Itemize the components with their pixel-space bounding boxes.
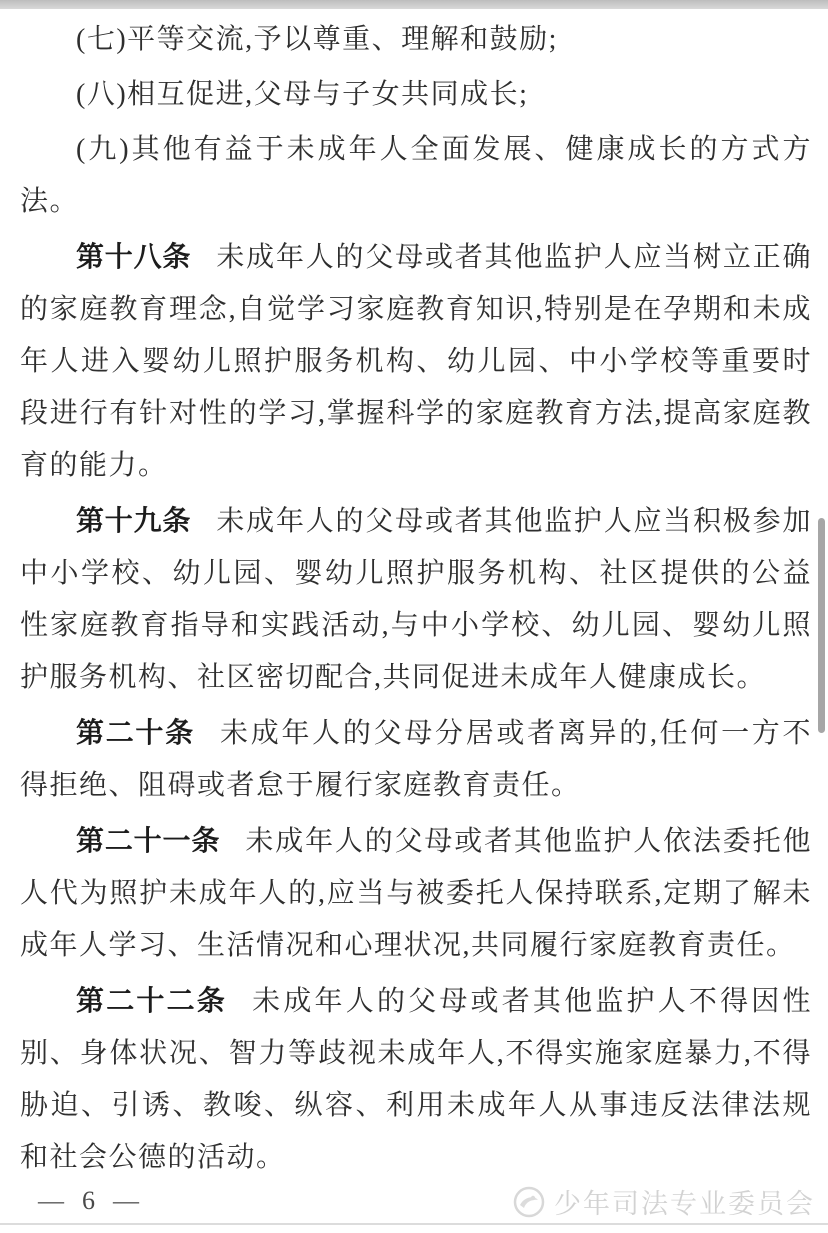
article-number: 第二十一条 [76, 825, 220, 856]
watermark: 少年司法专业委员会 [512, 1182, 815, 1221]
page-number-dash-right: — [113, 1186, 139, 1216]
article-number: 第二十二条 [76, 985, 227, 1016]
list-item-text: (八)相互促进,父母与子女共同成长; [76, 79, 528, 110]
document-text-block: (七)平等交流,予以尊重、理解和鼓励; (八)相互促进,父母与子女共同成长; (… [20, 14, 812, 1187]
article-paragraph-21: 第二十一条未成年人的父母或者其他监护人依法委托他人代为照护未成年人的,应当与被委… [20, 815, 812, 972]
list-item-9: (九)其他有益于未成年人全面发展、健康成长的方式方法。 [20, 124, 812, 228]
committee-emblem-icon [512, 1185, 546, 1219]
watermark-text: 少年司法专业委员会 [554, 1182, 815, 1221]
window-top-strip [0, 0, 828, 9]
page-number-value: 6 [82, 1186, 95, 1216]
article-number: 第十九条 [76, 505, 191, 536]
list-item-7: (七)平等交流,予以尊重、理解和鼓励; [20, 14, 812, 66]
article-number: 第二十条 [76, 717, 195, 748]
article-paragraph-18: 第十八条未成年人的父母或者其他监护人应当树立正确的家庭教育理念,自觉学习家庭教育… [20, 231, 812, 492]
article-paragraph-20: 第二十条未成年人的父母分居或者离异的,任何一方不得拒绝、阻碍或者怠于履行家庭教育… [20, 707, 812, 812]
page-number-dash-left: — [38, 1186, 64, 1216]
page-number: — 6 — [38, 1186, 139, 1216]
article-paragraph-19: 第十九条未成年人的父母或者其他监护人应当积极参加中小学校、幼儿园、婴幼儿照护服务… [20, 495, 812, 704]
list-item-text: (九)其他有益于未成年人全面发展、健康成长的方式方法。 [20, 134, 812, 217]
page-bottom-divider [0, 1223, 828, 1225]
article-paragraph-22: 第二十二条未成年人的父母或者其他监护人不得因性别、身体状况、智力等歧视未成年人,… [20, 975, 812, 1184]
document-page: { "document": { "list_items": [ { "text"… [0, 0, 828, 1233]
article-number: 第十八条 [76, 241, 191, 272]
scrollbar-thumb[interactable] [818, 518, 825, 733]
article-text: 未成年人的父母或者其他监护人应当树立正确的家庭教育理念,自觉学习家庭教育知识,特… [20, 242, 812, 481]
list-item-8: (八)相互促进,父母与子女共同成长; [20, 69, 812, 121]
list-item-text: (七)平等交流,予以尊重、理解和鼓励; [76, 24, 558, 55]
